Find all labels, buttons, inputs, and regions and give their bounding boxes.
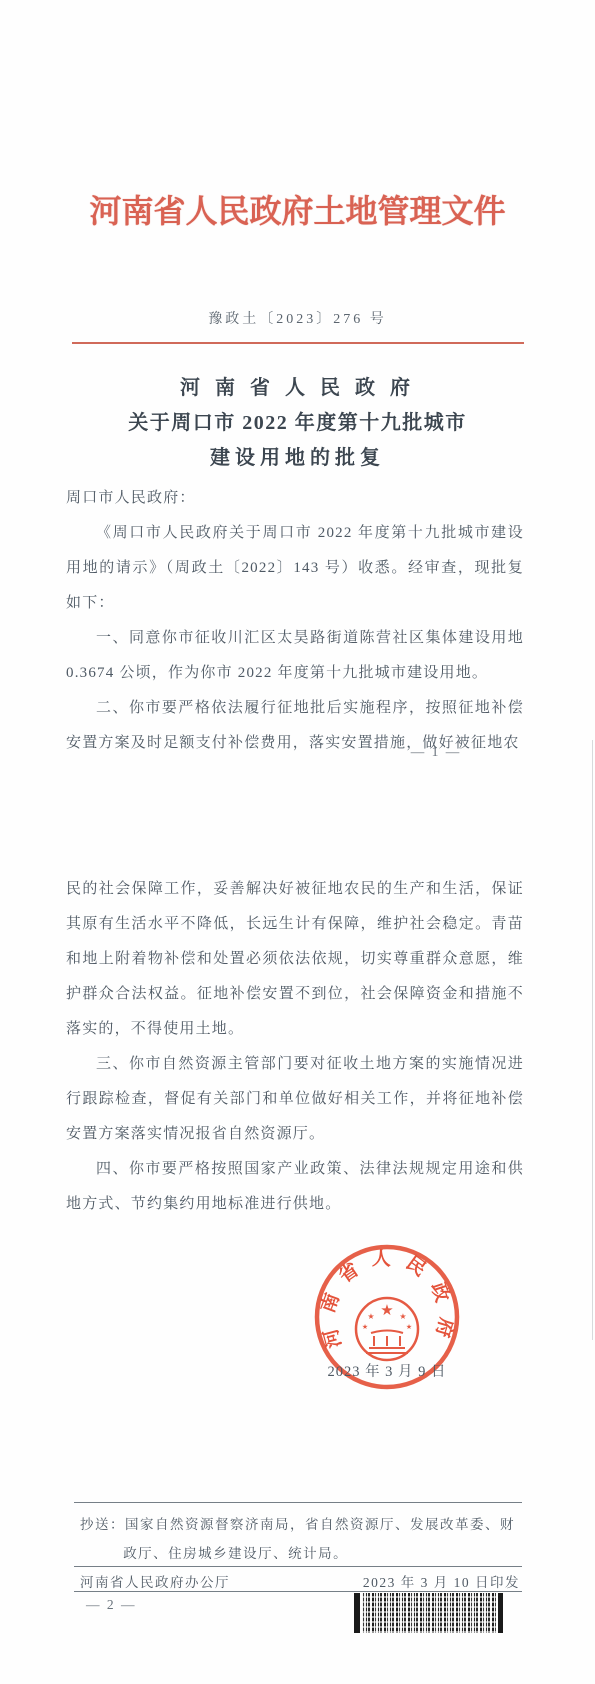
page-number-2: — 2 —	[86, 1597, 162, 1613]
page2-body: 民的社会保障工作，妥善解决好被征地农民的生产和生活，保证其原有生活水平不降低，长…	[66, 872, 524, 1222]
svg-text:★: ★	[367, 1312, 374, 1321]
footer-divider-middle	[74, 1566, 522, 1567]
scanned-document: 河南省人民政府土地管理文件 豫政土〔2023〕276 号 河 南 省 人 民 政…	[0, 0, 595, 1684]
paragraph: 《周口市人民政府关于周口市 2022 年度第十九批城市建设用地的请示》（周政土〔…	[66, 516, 524, 621]
barcode	[354, 1593, 503, 1633]
red-divider-line	[72, 342, 524, 344]
svg-text:★: ★	[406, 1323, 412, 1331]
document-number: 豫政土〔2023〕276 号	[0, 308, 595, 328]
masthead-title: 河南省人民政府土地管理文件	[0, 186, 595, 232]
paragraph: 三、你市自然资源主管部门要对征收土地方案的实施情况进行跟踪检查，督促有关部门和单…	[66, 1047, 524, 1152]
footer-divider-top	[74, 1502, 522, 1503]
paragraph: 一、同意你市征收川汇区太昊路街道陈营社区集体建设用地 0.3674 公顷，作为你…	[66, 621, 524, 691]
document-title-line-3: 建设用地的批复	[0, 441, 595, 470]
cc-line: 抄送：国家自然资源督察济南局，省自然资源厅、发展改革委、财政厅、住房城乡建设厅、…	[80, 1510, 522, 1568]
paragraph-continuation: 民的社会保障工作，妥善解决好被征地农民的生产和生活，保证其原有生活水平不降低，长…	[66, 872, 524, 1047]
issuer-row: 河南省人民政府办公厅 2023 年 3 月 10 日印发	[80, 1571, 520, 1591]
document-title-line-1: 河 南 省 人 民 政 府	[0, 371, 595, 400]
national-emblem-icon: ★ ★ ★ ★ ★	[356, 1298, 418, 1360]
footer-divider-bottom	[74, 1591, 522, 1592]
paragraph: 四、你市要严格按照国家产业政策、法律法规规定用途和供地方式、节约集约用地标准进行…	[66, 1152, 524, 1222]
page1-body: 周口市人民政府： 《周口市人民政府关于周口市 2022 年度第十九批城市建设用地…	[66, 481, 524, 761]
print-date: 2023 年 3 月 10 日印发	[363, 1571, 520, 1591]
svg-text:★: ★	[380, 1303, 393, 1319]
signature-date: 2023 年 3 月 9 日	[308, 1360, 466, 1381]
salutation: 周口市人民政府：	[66, 481, 524, 516]
scan-edge-artifact	[592, 740, 593, 1340]
issuing-office: 河南省人民政府办公厅	[80, 1571, 230, 1591]
page-number-1: — 1 —	[396, 744, 476, 760]
svg-text:★: ★	[399, 1312, 406, 1321]
document-title-line-2: 关于周口市 2022 年度第十九批城市	[0, 406, 595, 435]
svg-text:★: ★	[362, 1323, 368, 1331]
